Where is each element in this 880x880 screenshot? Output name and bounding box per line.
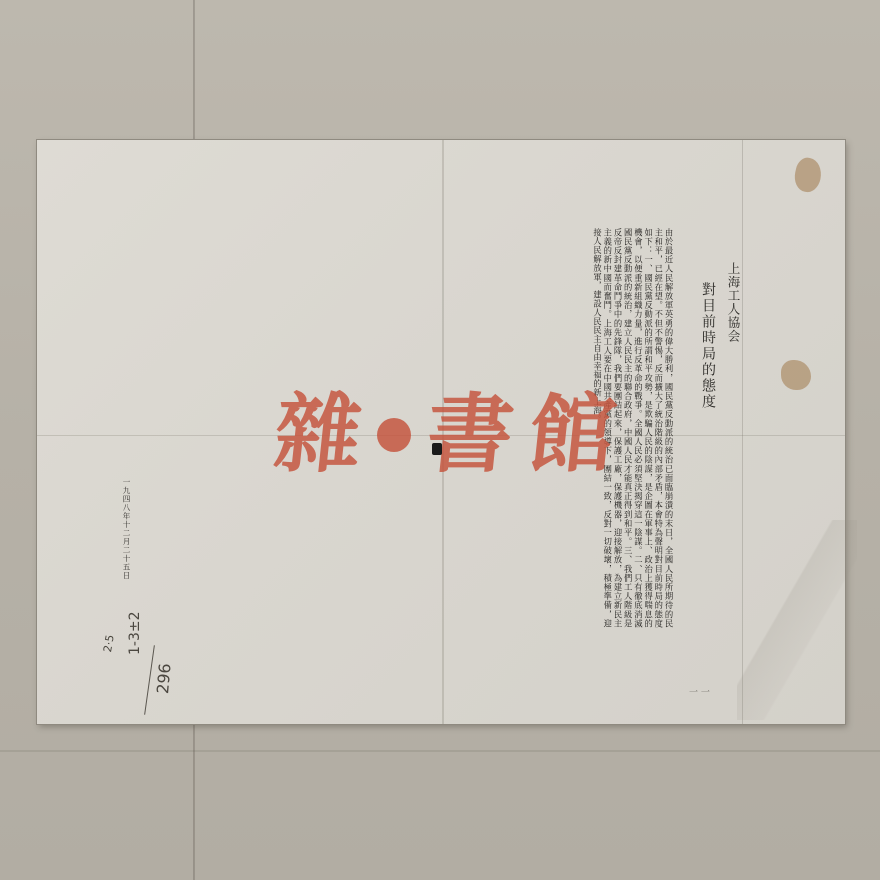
watermark-char: 館 xyxy=(524,392,619,478)
pencil-catalog-number: 296 xyxy=(153,663,175,695)
pencil-fraction-top: 2·5 xyxy=(101,634,117,653)
corner-mark: 一 一 xyxy=(689,685,710,698)
document-date: 一九四八年十二月二十五日 xyxy=(121,478,132,618)
pencil-annotation: 2·5 1-3±2 296 xyxy=(87,645,187,715)
age-stain xyxy=(792,156,825,195)
backdrop-seam xyxy=(0,750,880,752)
fold-crease-diagonal xyxy=(737,520,857,720)
watermark-char: 雜 xyxy=(270,392,365,478)
watermark: 雜 書 館 xyxy=(275,380,615,490)
watermark-separator-dot xyxy=(377,418,411,452)
document-title: 對目前時局的態度 xyxy=(698,282,718,410)
title-block: 上海工人協会 對目前時局的態度 xyxy=(692,252,742,462)
ink-blot xyxy=(432,443,442,455)
organization-name: 上海工人協会 xyxy=(724,262,742,343)
document-sheet: 上海工人協会 對目前時局的態度 由於最近人民解放軍英勇的偉大勝利，國民黨反動派的… xyxy=(37,140,845,724)
watermark-char: 書 xyxy=(422,392,517,478)
age-stain xyxy=(781,360,811,390)
pencil-fraction-bottom: 1-3±2 xyxy=(127,611,143,655)
